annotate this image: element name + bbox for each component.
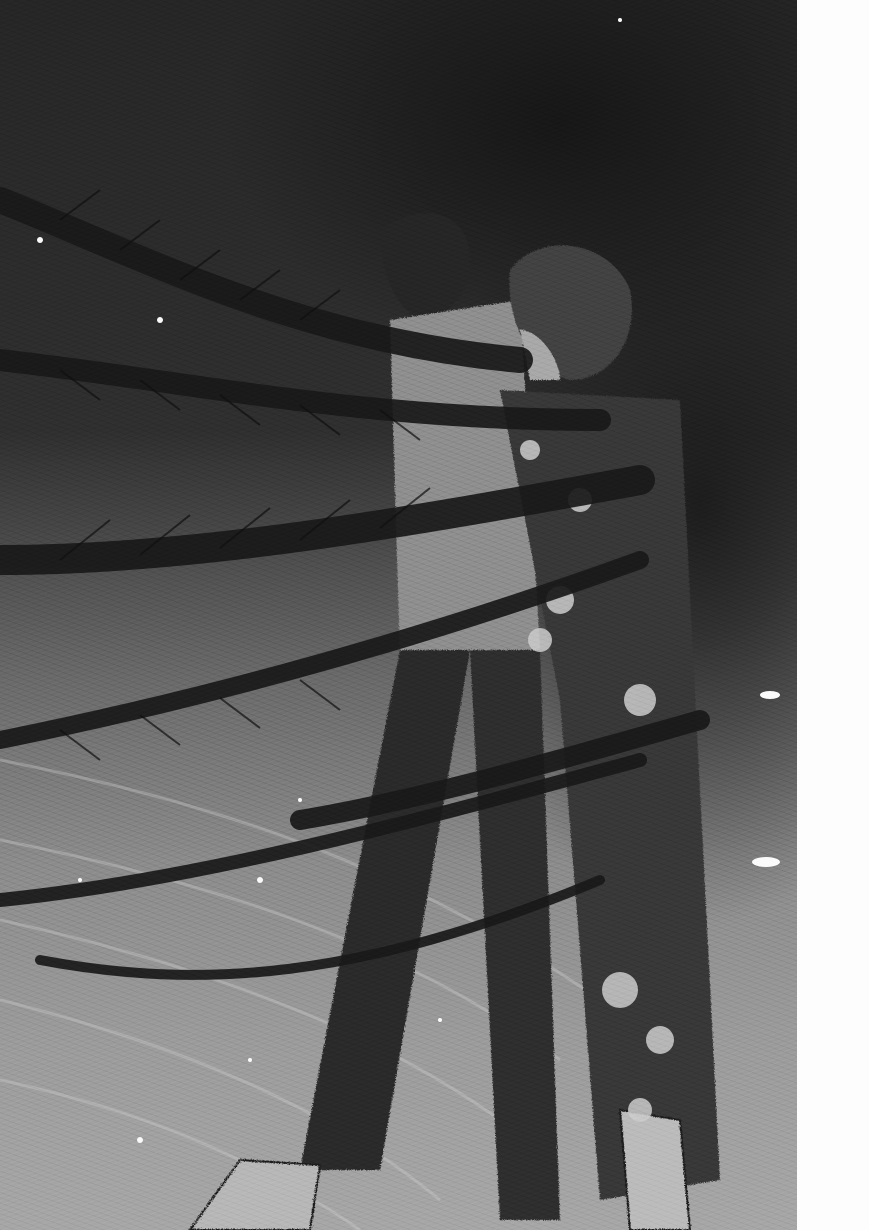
manga-page <box>0 0 869 1230</box>
screentone-grain <box>0 0 797 1230</box>
page-margin <box>797 0 869 1230</box>
illustration-panel <box>0 0 797 1230</box>
